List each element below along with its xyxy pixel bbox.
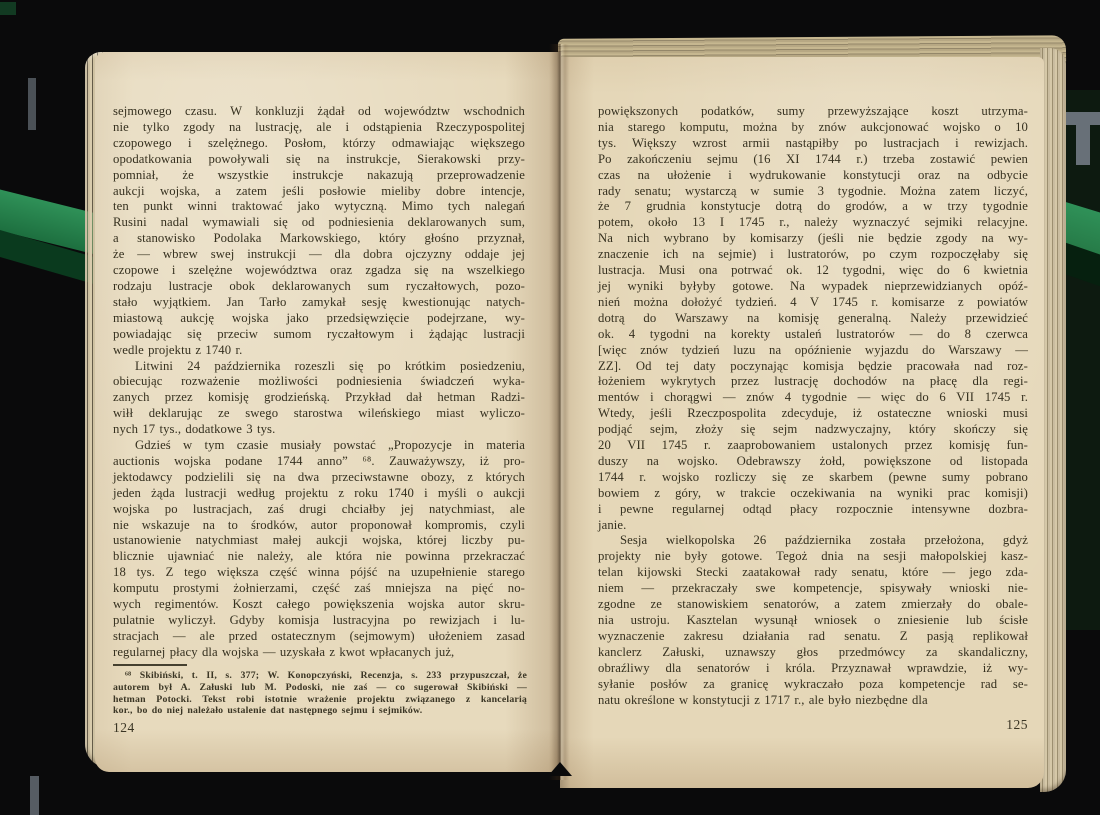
text-line: 1744 r. wojsko rozliczy się ze skarbem (…: [598, 470, 1028, 486]
text-line: stało wyjątkiem. Jan Tarło zamykał sesję…: [113, 295, 525, 311]
text-line: hetman Potocki. Tekst robi istotnie wraż…: [113, 694, 527, 706]
right-page: powiększonych podatków, sumy przewyższaj…: [560, 57, 1044, 788]
text-line: i pewne regularnej odtąd płacy rozpoczni…: [598, 502, 1028, 518]
text-line: Litwini 24 października rozeszli się po …: [113, 359, 525, 375]
text-line: nień można dołożyć tydzień. 4 V 1745 r. …: [598, 295, 1028, 311]
page-number-right: 125: [1006, 717, 1028, 733]
page-number-left: 124: [113, 720, 135, 736]
text-line: ⁶⁸ Skibiński, t. II, s. 377; W. Konopczy…: [113, 670, 527, 682]
text-line: obraźliwy dla senatorów i króla. Przyzna…: [598, 661, 1028, 677]
text-line: sejmowego czasu. W konkluzji żądał od wo…: [113, 104, 525, 120]
text-line: wyznaczenie zakresu działania rad senatu…: [598, 629, 1028, 645]
text-line: nych 17 tys., dodatkowe 3 tys.: [113, 422, 525, 438]
text-line: wiłł deklarując ze swego starostwa wileń…: [113, 406, 525, 422]
text-line: natu określone w konstytucji z 1717 r., …: [598, 693, 1028, 709]
text-line: a stanowisko Podolaka Markowskiego, któr…: [113, 231, 525, 247]
text-line: 18 tys. Z tego większa część winna pójść…: [113, 565, 525, 581]
gray-bar-bottom-left: [30, 776, 39, 815]
footnote-rule: [113, 664, 187, 666]
text-line: bowiem z góry, w trakcie oczekiwania na …: [598, 486, 1028, 502]
text-line: niem — przekraczały swe kompetencje, spi…: [598, 581, 1028, 597]
text-line: regularnej płacy dla wojska — uzyskała z…: [113, 645, 525, 661]
left-page: sejmowego czasu. W konkluzji żądał od wo…: [95, 52, 561, 772]
text-line: wych regimentów. Koszt całego powiększen…: [113, 597, 525, 613]
green-corner-shape: [0, 2, 16, 15]
text-line: zanych przez komisję grodzieńską. Przykł…: [113, 390, 525, 406]
text-line: powiadając się przeciw sumom ryczałtowym…: [113, 327, 525, 343]
text-line: stracjach — ale przed ostatecznym (sejmo…: [113, 629, 525, 645]
text-line: miastową aukcję wojska jako przedsięwzię…: [113, 311, 525, 327]
text-line: blicznie ujawniać nie należy, ale która …: [113, 549, 525, 565]
text-line: znaczenie ich na sejmie) i lustratorów, …: [598, 247, 1028, 263]
text-line: nia ustroju. Kasztelan wysunął wniosek o…: [598, 613, 1028, 629]
text-line: Sesja wielkopolska 26 października zosta…: [598, 533, 1028, 549]
text-line: mentów i chorągwi — znów 4 tygodnie — wi…: [598, 390, 1028, 406]
text-line: że 7 grudnia konstytucje dotrą do grodów…: [598, 199, 1028, 215]
text-line: Rusini nadal wymawiali się od podniesien…: [113, 215, 525, 231]
text-line: dotrą do Warszawy na komisję generalną. …: [598, 311, 1028, 327]
left-page-footnote: ⁶⁸ Skibiński, t. II, s. 377; W. Konopczy…: [113, 670, 527, 717]
text-line: jeden żąda lustracji według projektu z r…: [113, 486, 525, 502]
book-gutter: [549, 44, 569, 780]
gray-frame-vertical: [1076, 125, 1090, 165]
text-line: autorem był A. Załuski lub M. Podoski, n…: [113, 682, 527, 694]
text-line: ok. 4 tygodni na korekty ustaleń lustrat…: [598, 327, 1028, 343]
text-line: tys. Większy wzrost armii nastąpiłby po …: [598, 136, 1028, 152]
book-scan-scene: sejmowego czasu. W konkluzji żądał od wo…: [0, 0, 1100, 815]
text-line: pomniał, że wszystkie instrukcje nakazuj…: [113, 168, 525, 184]
text-line: że — wbrew swej instrukcji — dla dobra o…: [113, 247, 525, 263]
text-line: rady senatu; wystarczą w sumie 3 tygodni…: [598, 184, 1028, 200]
text-line: jektodawcy podzielili się na dwa przeciw…: [113, 470, 525, 486]
text-line: ZZ]. Od tej daty poczynając komisja będz…: [598, 359, 1028, 375]
text-line: pulatnie wyliczył. Gdyby komisja lustrac…: [113, 613, 525, 629]
text-line: Gdzieś w tym czasie musiały powstać „Pro…: [113, 438, 525, 454]
left-page-text: sejmowego czasu. W konkluzji żądał od wo…: [113, 104, 525, 661]
text-line: powiększonych podatków, sumy przewyższaj…: [598, 104, 1028, 120]
text-line: czas na ułożenie i wydrukowanie konstytu…: [598, 168, 1028, 184]
text-line: nia starego komputu, można by znów aukcj…: [598, 120, 1028, 136]
text-line: janie.: [598, 518, 1028, 534]
text-line: aukcji wojska, a zatem jeśli posłowie mi…: [113, 184, 525, 200]
text-line: Wtedy, jeśli Rzeczpospolita zdecyduje, i…: [598, 406, 1028, 422]
text-line: kanclerz Załuski, uznawszy głos przedmów…: [598, 645, 1028, 661]
text-line: opodatkowania powoływali się na instrukc…: [113, 152, 525, 168]
text-line: projekty nie były gotowe. Tegoż dnia na …: [598, 549, 1028, 565]
text-line: podjąć sejm, złoży się sejm nadzwyczajny…: [598, 422, 1028, 438]
gray-bar-top-left: [28, 78, 36, 130]
text-line: wojska po lustracjach, zaś drugi chciałb…: [113, 502, 525, 518]
text-line: nie tylko zgody na lustrację, ale i odst…: [113, 120, 525, 136]
text-line: 20 VII 1745 r. zaaprobowaniem ustalonych…: [598, 438, 1028, 454]
text-line: telan kijowski Stecki zaatakował rady se…: [598, 565, 1028, 581]
text-line: rodzaju lustracje obok deklarowanych sum…: [113, 279, 525, 295]
text-line: ten punkt winni traktować jako wytyczną.…: [113, 199, 525, 215]
text-line: czopowego i szelężnego. Posłom, którzy o…: [113, 136, 525, 152]
text-line: lustracja. Musi ona potrwać ok. 12 tygod…: [598, 263, 1028, 279]
text-line: ustanowienie natychmiast małej aukcji wo…: [113, 533, 525, 549]
text-line: auctionis wojska podane 1744 anno” ⁶⁸. Z…: [113, 454, 525, 470]
book-gutter-notch: [548, 762, 572, 776]
text-line: zgodne ze stanowiskiem senatorów, a zate…: [598, 597, 1028, 613]
text-line: Po zakończeniu sejmu (16 XI 1744 r.) trz…: [598, 152, 1028, 168]
text-line: nie wskazuje na to środków, autor propon…: [113, 518, 525, 534]
text-line: obiecując rozważenie możliwości podniesi…: [113, 374, 525, 390]
text-line: jej wyniki byłyby gotowe. Na wypadek nie…: [598, 279, 1028, 295]
right-page-text: powiększonych podatków, sumy przewyższaj…: [598, 104, 1028, 708]
text-line: łożeniem wykrytych przez lustrację docho…: [598, 374, 1028, 390]
text-line: Na nich wybrano by komisarzy (jeśli nie …: [598, 231, 1028, 247]
text-line: potem, około 13 I 1745 r., należy wyznac…: [598, 215, 1028, 231]
text-line: [więc znów tydzień luzu na opóźnienie wy…: [598, 343, 1028, 359]
text-line: duszy na wojsko. Odebrawszy żołd, powięk…: [598, 454, 1028, 470]
text-line: syłanie posłów za granicę wykraczało poz…: [598, 677, 1028, 693]
text-line: czopowe i szelężne województwa oraz zgad…: [113, 263, 525, 279]
gray-frame-horizontal: [1060, 112, 1100, 125]
text-line: kor., bo do niej należało ustalenie dat …: [113, 705, 527, 717]
text-line: wedle projektu z 1740 r.: [113, 343, 525, 359]
text-line: komputu prostymi żołnierzami, część zaś …: [113, 581, 525, 597]
